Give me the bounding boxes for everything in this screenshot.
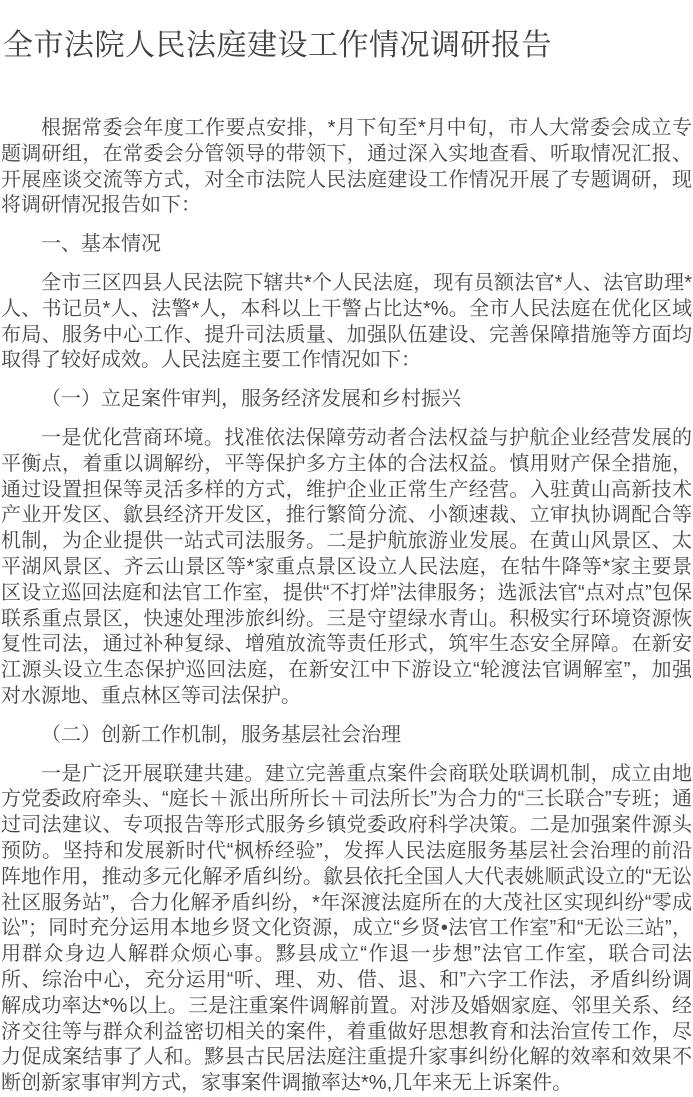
- section-heading-basic-situation: 一、基本情况: [1, 232, 692, 258]
- subsection-heading-case-trial: （一）立足案件审判，服务经济发展和乡村振兴: [1, 387, 692, 413]
- subsection-heading-work-mechanism: （二）创新工作机制，服务基层社会治理: [1, 723, 692, 749]
- subsection-work-mechanism-paragraph: 一是广泛开展联建共建。建立完善重点案件会商联处联调机制，成立由地方党委政府牵头、…: [1, 762, 692, 1097]
- report-title: 全市法院人民法庭建设工作情况调研报告: [3, 26, 692, 66]
- subsection-case-trial-paragraph: 一是优化营商环境。找准依法保障劳动者合法权益与护航企业经营发展的平衡点，着重以调…: [1, 426, 692, 710]
- overview-paragraph: 全市三区四县人民法院下辖共*个人民法庭，现有员额法官*人、法官助理*人、书记员*…: [1, 271, 692, 374]
- report-document: 全市法院人民法庭建设工作情况调研报告 根据常委会年度工作要点安排，*月下旬至*月…: [0, 0, 693, 1097]
- intro-paragraph: 根据常委会年度工作要点安排，*月下旬至*月中旬，市人大常委会成立专题调研组，在常…: [1, 116, 692, 219]
